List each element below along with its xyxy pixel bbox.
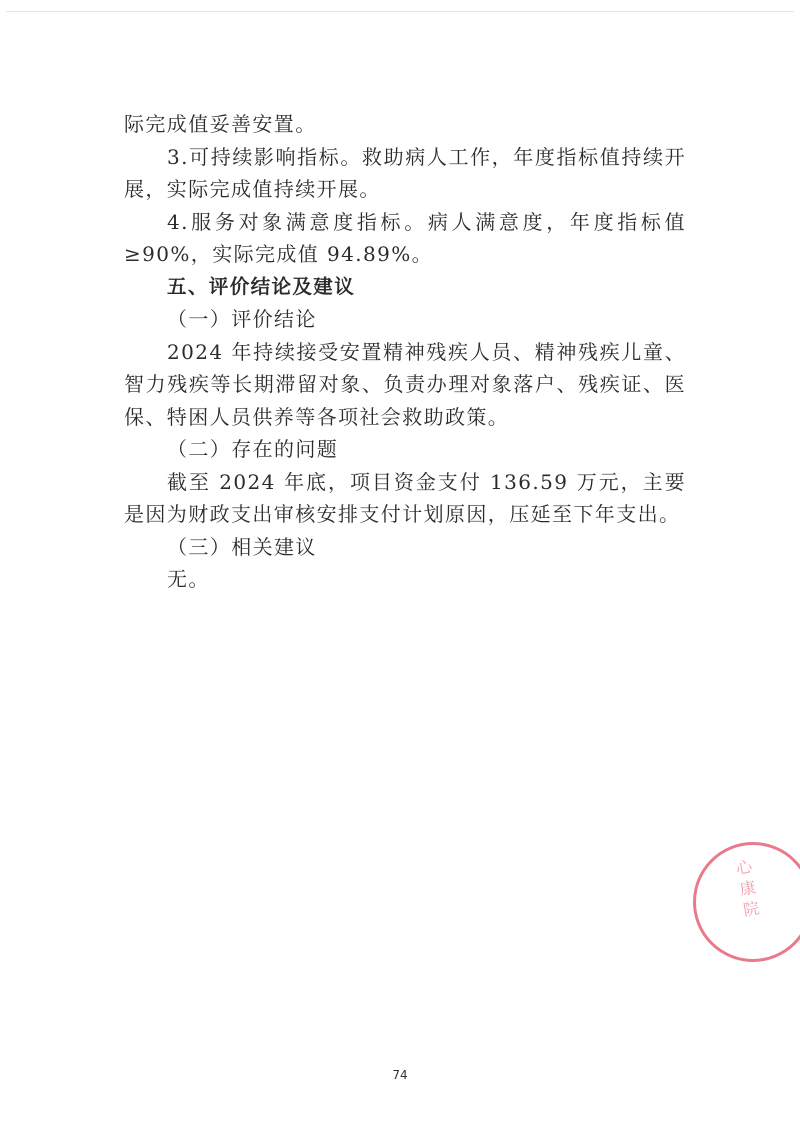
subheading-evaluation-conclusion: （一）评价结论 [124,303,686,336]
subheading-related-suggestions: （三）相关建议 [124,531,686,564]
paragraph-sustainability-indicator: 3.可持续影响指标。救助病人工作，年度指标值持续开展，实际完成值持续开展。 [124,141,686,206]
paragraph-existing-problems: 截至 2024 年底，项目资金支付 136.59 万元，主要是因为财政支出审核安… [124,466,686,531]
page-number: 74 [0,1068,800,1082]
paragraph-suggestions: 无。 [124,563,686,596]
paragraph-satisfaction-indicator: 4.服务对象满意度指标。病人满意度，年度指标值≥90%，实际完成值 94.89%… [124,206,686,271]
paragraph-continuation: 际完成值妥善安置。 [124,108,686,141]
subheading-existing-problems: （二）存在的问题 [124,433,686,466]
paragraph-evaluation-conclusion: 2024 年持续接受安置精神残疾人员、精神残疾儿童、智力残疾等长期滞留对象、负责… [124,336,686,434]
section-heading-conclusion: 五、评价结论及建议 [124,271,686,304]
document-body: 际完成值妥善安置。 3.可持续影响指标。救助病人工作，年度指标值持续开展，实际完… [124,108,686,596]
top-scan-rule [6,11,794,12]
